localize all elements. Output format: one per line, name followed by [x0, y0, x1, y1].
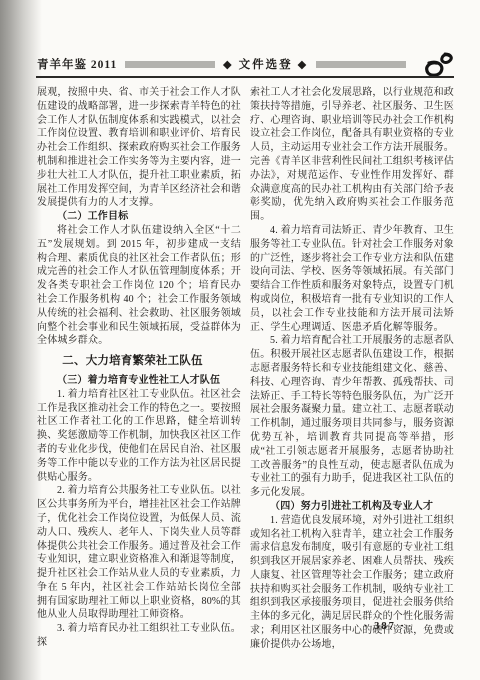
scanned-yearbook-page: 青羊年鉴 2011 ◆ 文件选登 ◆ 展观，按照中央、省、市关于社会工作人才队伍…	[0, 0, 480, 680]
subheading-professional-teams: （三）着力培育专业性社工人才队伍	[37, 374, 241, 388]
yearbook-title: 青羊年鉴 2011	[37, 56, 117, 72]
paragraph: 索社工人才社会化发展思路，以行业规范和政策扶持等措施，引导养老、社区服务、卫生医…	[250, 86, 454, 224]
header-bar-right	[316, 61, 406, 68]
right-column: 索社工人才社会化发展思路，以行业规范和政策扶持等措施，引导养老、社区服务、卫生医…	[250, 86, 454, 640]
paragraph: 将社会工作人才队伍建设纳入全区“十二五”发展规划。到 2015 年，初步建成一支…	[37, 224, 241, 348]
page-number: · 387 ·	[364, 621, 406, 632]
page-gutter-shadow	[0, 0, 42, 680]
subheading-work-goals: （二）工作目标	[37, 210, 241, 224]
paragraph: 3. 着力培育民办社工组织社工专业队伍。探	[37, 622, 241, 650]
paragraph: 1. 营造优良发展环境，对外引进社工组织或知名社工机构入驻青羊，建立社会工作服务…	[250, 514, 454, 652]
left-column: 展观，按照中央、省、市关于社会工作人才队伍建设的战略部署，进一步探索青羊特色的社…	[37, 86, 241, 640]
paragraph: 展观，按照中央、省、市关于社会工作人才队伍建设的战略部署，进一步探索青羊特色的社…	[37, 86, 241, 210]
paragraph: 5. 着力培育配合社工开展服务的志愿者队伍。积极开展社区志愿者队伍建设工作，根据…	[250, 334, 454, 500]
subheading-introduce-organizations: （四）努力引进社工机构及专业人才	[250, 500, 454, 514]
header-bar-left	[125, 61, 215, 68]
calligraphic-scroll-icon	[420, 51, 454, 77]
paragraph: 1. 着力培育社区社工专业队伍。社区社会工作是我区推动社会工作的特色之一。要按照…	[37, 388, 241, 485]
page-header: 青羊年鉴 2011 ◆ 文件选登 ◆	[37, 53, 454, 75]
major-heading-section-two: 二、大力培育繁荣社工队伍	[37, 355, 241, 369]
header-rule	[36, 76, 454, 78]
section-title: ◆ 文件选登 ◆	[223, 56, 308, 72]
document-body: 展观，按照中央、省、市关于社会工作人才队伍建设的战略部署，进一步探索青羊特色的社…	[37, 86, 454, 640]
paragraph: 4. 着力培育司法矫正、青少年教育、卫生服务等社工专业队伍。针对社会工作服务对象…	[250, 224, 454, 334]
paragraph: 2. 着力培育公共服务社工专业队伍。以社区公共事务所为平台，增挂社区社会工作站牌…	[37, 484, 241, 622]
